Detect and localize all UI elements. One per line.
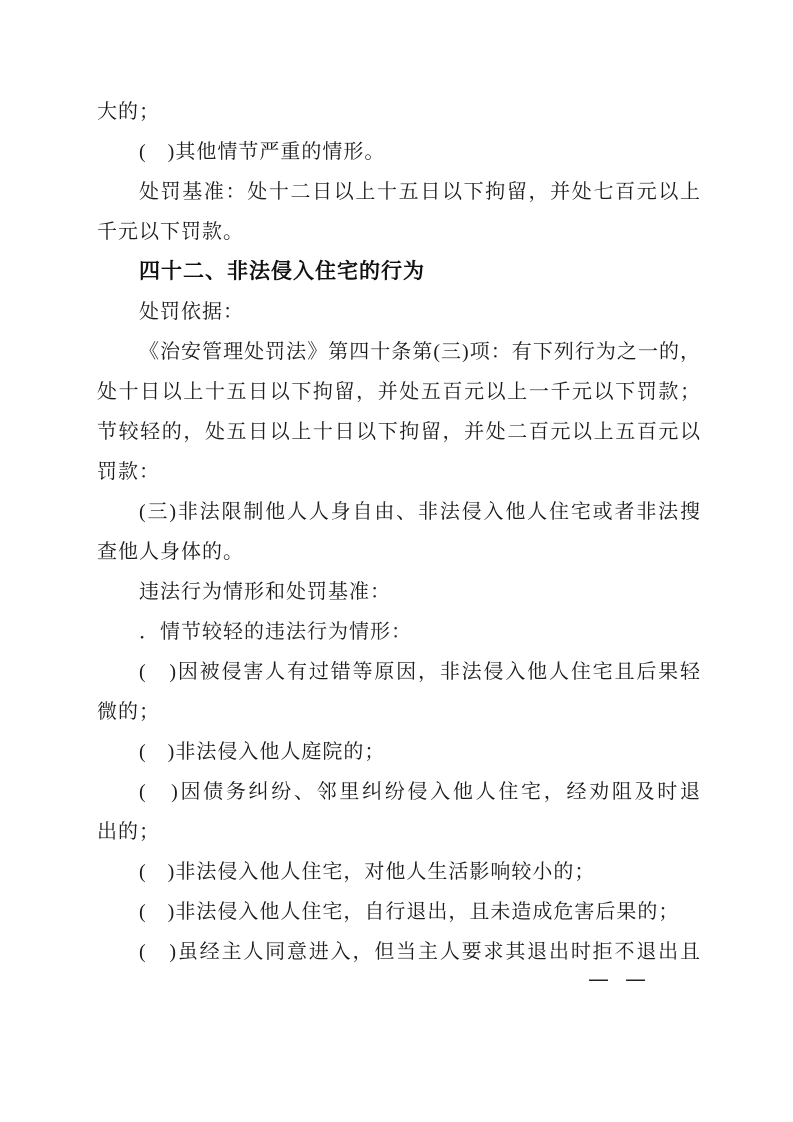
document-page: 大的；( )其他情节严重的情形。处罚基准：处十二日以上十五日以下拘留，并处七百元…	[0, 0, 793, 1122]
footer-dash: —	[588, 971, 608, 992]
text-lines: 大的；( )其他情节严重的情形。处罚基准：处十二日以上十五日以下拘留，并处七百元…	[97, 92, 701, 972]
text-line: ( )其他情节严重的情形。	[97, 132, 701, 172]
text-line: ( )因被侵害人有过错等原因，非法侵入他人住宅且后果轻	[97, 652, 701, 692]
text-line: ( )因债务纠纷、邻里纠纷侵入他人住宅，经劝阻及时退	[97, 772, 701, 812]
text-line: 违法行为情形和处罚基准：	[97, 572, 701, 612]
text-line: 大的；	[97, 92, 701, 132]
text-line: 处罚基准：处十二日以上十五日以下拘留，并处七百元以上一	[97, 172, 701, 212]
footer-dash: —	[625, 971, 645, 992]
text-line: (三)非法限制他人人身自由、非法侵入他人住宅或者非法搜	[97, 492, 701, 532]
text-line: 罚款：	[97, 452, 701, 492]
text-line: 微的；	[97, 692, 701, 732]
text-line: 处十日以上十五日以下拘留，并处五百元以上一千元以下罚款；情	[97, 372, 701, 412]
text-line: ( )非法侵入他人住宅，对他人生活影响较小的；	[97, 852, 701, 892]
text-line: ( )非法侵入他人住宅，自行退出，且未造成危害后果的；	[97, 892, 701, 932]
page-footer: — —	[588, 971, 645, 992]
text-line: 《治安管理处罚法》第四十条第(三)项：有下列行为之一的，	[97, 332, 701, 372]
text-line: 查他人身体的。	[97, 532, 701, 572]
text-line: 节较轻的，处五日以上十日以下拘留，并处二百元以上五百元以下	[97, 412, 701, 452]
text-line: 出的；	[97, 812, 701, 852]
section-heading: 四十二、非法侵入住宅的行为	[97, 252, 701, 292]
text-line: ( )非法侵入他人庭院的；	[97, 732, 701, 772]
text-line: 处罚依据：	[97, 292, 701, 332]
text-line: ( )虽经主人同意进入，但当主人要求其退出时拒不退出且	[97, 932, 701, 972]
text-line: 千元以下罚款。	[97, 212, 701, 252]
subsection-label: ．情节较轻的违法行为情形：	[97, 612, 701, 652]
